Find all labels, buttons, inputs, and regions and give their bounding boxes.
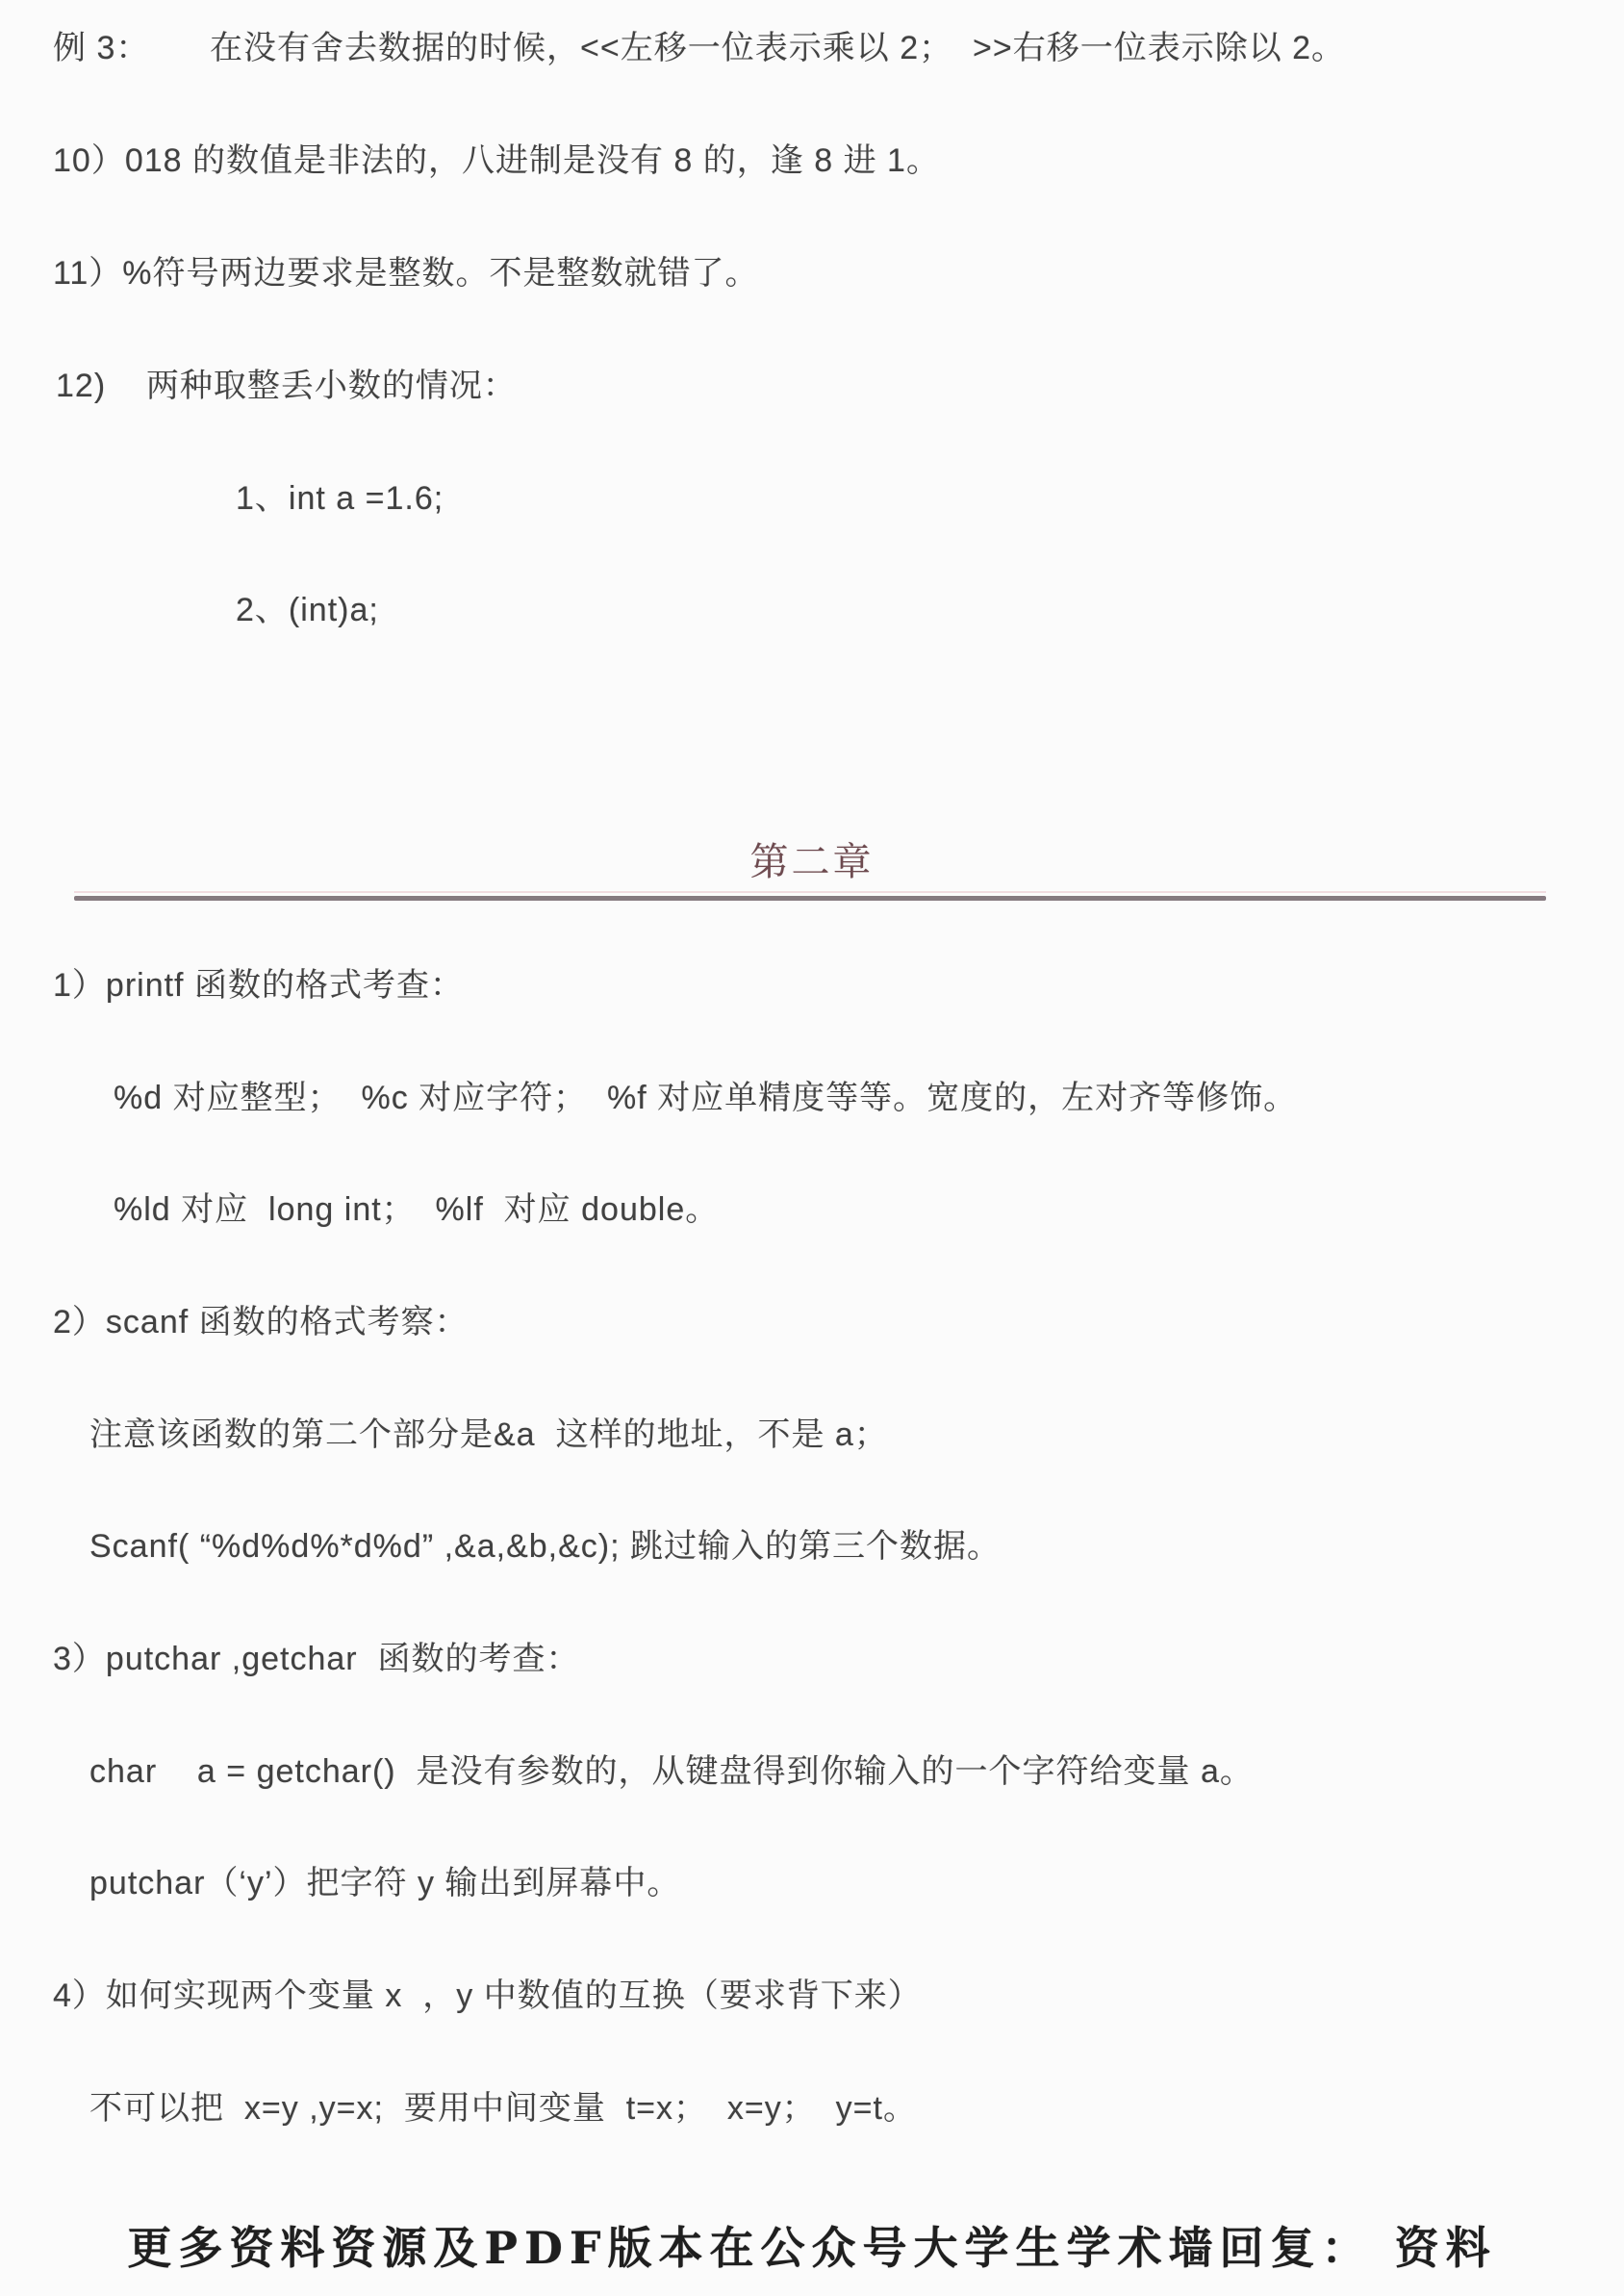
doc-line: 不可以把 x=y ,y=x; 要用中间变量 t=x； x=y； y=t。 (89, 2081, 917, 2129)
doc-line: 例 3： 在没有舍去数据的时候，<<左移一位表示乘以 2； >>右移一位表示除以… (53, 21, 1345, 68)
doc-line: %d 对应整型； %c 对应字符； %f 对应单精度等等。宽度的，左对齐等修饰。 (114, 1071, 1297, 1118)
doc-line: char a = getchar() 是没有参数的，从键盘得到你输入的一个字符给… (89, 1745, 1254, 1792)
footer-watermark-note: 更多资料资源及PDF版本在公众号大学生学术墙回复： 资料 (0, 2213, 1624, 2277)
doc-line: 注意该函数的第二个部分是&a 这样的地址，不是 a； (89, 1408, 888, 1455)
divider-highlight-line (74, 891, 1546, 893)
doc-line: 4）如何实现两个变量 x ，y 中数值的互换（要求背下来） (53, 1969, 922, 2016)
doc-line: 10）018 的数值是非法的，八进制是没有 8 的，逢 8 进 1。 (53, 134, 940, 181)
doc-line: 1、int a =1.6; (236, 472, 444, 519)
doc-line: %ld 对应 long int； %lf 对应 double。 (114, 1183, 719, 1230)
doc-line: 2）scanf 函数的格式考察： (53, 1295, 469, 1342)
doc-line: 1）printf 函数的格式考查： (53, 958, 464, 1006)
doc-line: 12) 两种取整丢小数的情况： (56, 359, 517, 406)
document-page: 例 3： 在没有舍去数据的时候，<<左移一位表示乘以 2； >>右移一位表示除以… (0, 0, 1624, 2296)
doc-line: 3）putchar ,getchar 函数的考查： (53, 1632, 580, 1679)
divider-main-line (74, 896, 1546, 901)
chapter-heading: 第二章 (0, 831, 1624, 886)
doc-line: putchar（‘y’）把字符 y 输出到屏幕中。 (89, 1856, 680, 1903)
doc-line: 2、(int)a; (236, 583, 379, 630)
doc-line: 11）%符号两边要求是整数。不是整数就错了。 (53, 246, 759, 293)
doc-line: Scanf( “%d%d%*d%d” ,&a,&b,&c); 跳过输入的第三个数… (89, 1519, 1001, 1567)
